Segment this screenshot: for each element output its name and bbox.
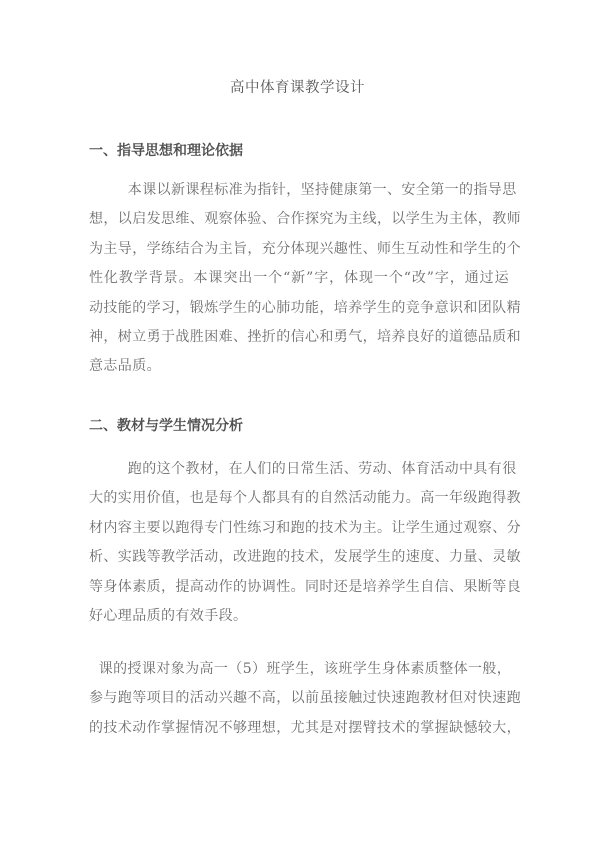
paragraph-line: 参与跑等项目的活动兴趣不高，以前虽接触过快速跑教材但对快速跑 <box>89 684 509 713</box>
section-heading-guiding-ideology: 一、指导思想和理论依据 <box>89 142 243 160</box>
paragraph-line: 性化教学背景。本课突出一个“新”字，体现一个“改”字，通过运 <box>89 264 509 293</box>
paragraph-line: 想，以启发思维、观察体验、合作探究为主线，以学生为主体，教师 <box>89 205 509 234</box>
paragraph-line: 为主导，学练结合为主旨，充分体现兴趣性、师生互动性和学生的个 <box>89 235 509 264</box>
section-heading-material-analysis: 二、教材与学生情况分析 <box>89 417 243 435</box>
paragraph-line: 意志品质。 <box>89 352 509 381</box>
paragraph-line: 跑的这个教材，在人们的日常生活、劳动、体育活动中具有很 <box>89 455 509 484</box>
paragraph-line: 本课以新课程标准为指针，坚持健康第一、安全第一的指导思 <box>89 176 509 205</box>
paragraph-line: 好心理品质的有效手段。 <box>89 602 509 631</box>
paragraph-student-analysis: 课的授课对象为高一（5）班学生，该班学生身体素质整体一般， 参与跑等项目的活动兴… <box>89 655 509 743</box>
paragraph-guiding-ideology: 本课以新课程标准为指针，坚持健康第一、安全第一的指导思 想，以启发思维、观察体验… <box>89 176 509 382</box>
paragraph-line: 动技能的学习，锻炼学生的心肺功能，培养学生的竞争意识和团队精 <box>89 294 509 323</box>
paragraph-material-analysis: 跑的这个教材，在人们的日常生活、劳动、体育活动中具有很 大的实用价值，也是每个人… <box>89 455 509 631</box>
paragraph-line: 析、实践等教学活动，改进跑的技术，发展学生的速度、力量、灵敏 <box>89 543 509 572</box>
document-title: 高中体育课教学设计 <box>0 79 595 97</box>
paragraph-line: 神，树立勇于战胜困难、挫折的信心和勇气，培养良好的道德品质和 <box>89 323 509 352</box>
paragraph-line: 等身体素质，提高动作的协调性。同时还是培养学生自信、果断等良 <box>89 573 509 602</box>
paragraph-line: 大的实用价值，也是每个人都具有的自然活动能力。高一年级跑得教 <box>89 484 509 513</box>
paragraph-line: 课的授课对象为高一（5）班学生，该班学生身体素质整体一般， <box>89 655 509 684</box>
paragraph-line: 材内容主要以跑得专门性练习和跑的技术为主。让学生通过观察、分 <box>89 514 509 543</box>
paragraph-line: 的技术动作掌握情况不够理想，尤其是对摆臂技术的掌握缺憾较大， <box>89 714 509 743</box>
document-page: 高中体育课教学设计 一、指导思想和理论依据 本课以新课程标准为指针，坚持健康第一… <box>0 0 595 842</box>
